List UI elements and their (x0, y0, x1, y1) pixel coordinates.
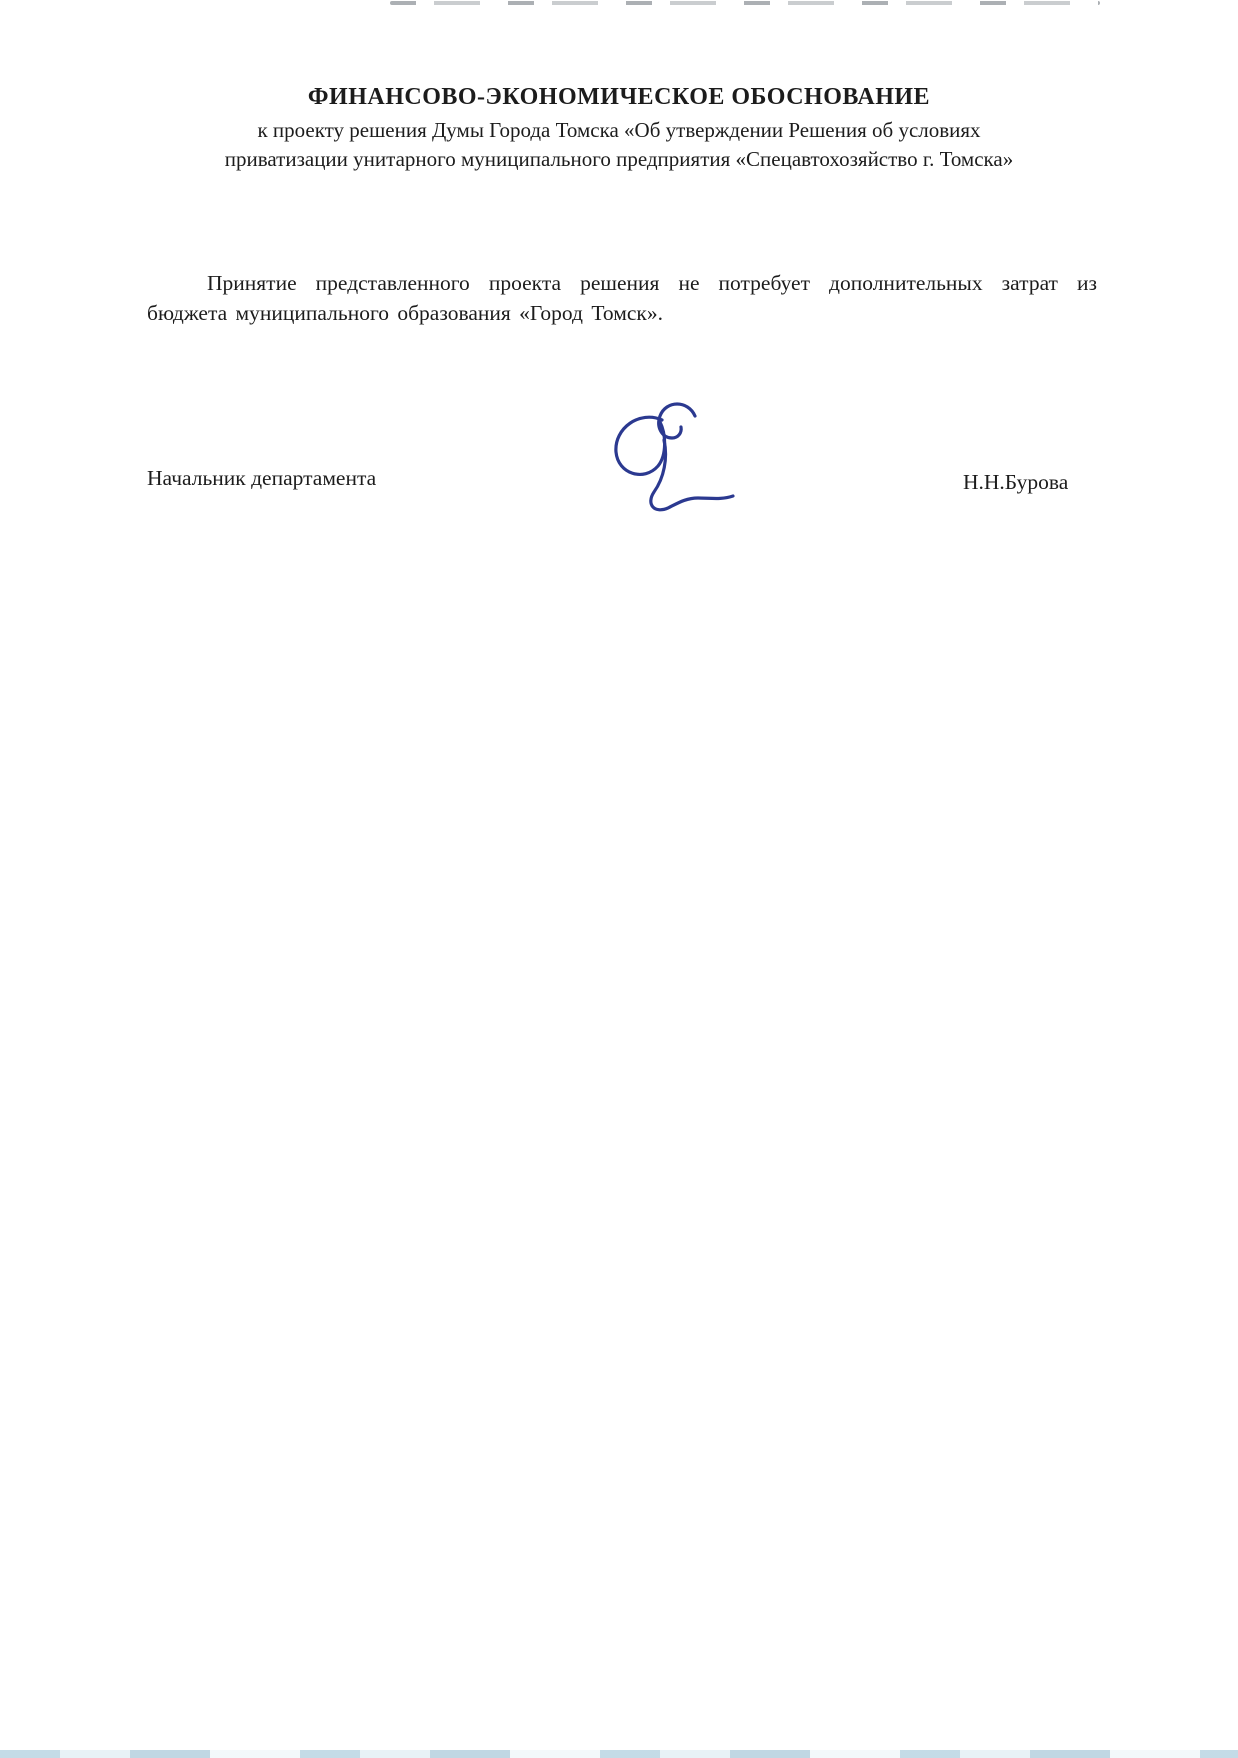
document-subtitle: к проекту решения Думы Города Томска «Об… (0, 116, 1238, 174)
signature-position-title: Начальник департамента (147, 466, 376, 491)
scanned-document-page: ФИНАНСОВО-ЭКОНОМИЧЕСКОЕ ОБОСНОВАНИЕ к пр… (0, 0, 1238, 1758)
handwritten-signature (592, 396, 757, 526)
document-title: ФИНАНСОВО-ЭКОНОМИЧЕСКОЕ ОБОСНОВАНИЕ (0, 84, 1238, 111)
scan-artifact-top-edge (390, 1, 1100, 5)
document-subtitle-line1: к проекту решения Думы Города Томска «Об… (0, 116, 1238, 145)
body-paragraph: Принятие представленного проекта решения… (147, 268, 1097, 328)
document-subtitle-line2: приватизации унитарного муниципального п… (0, 145, 1238, 174)
scan-artifact-bottom-edge (0, 1750, 1238, 1758)
signer-name: Н.Н.Бурова (963, 470, 1068, 495)
